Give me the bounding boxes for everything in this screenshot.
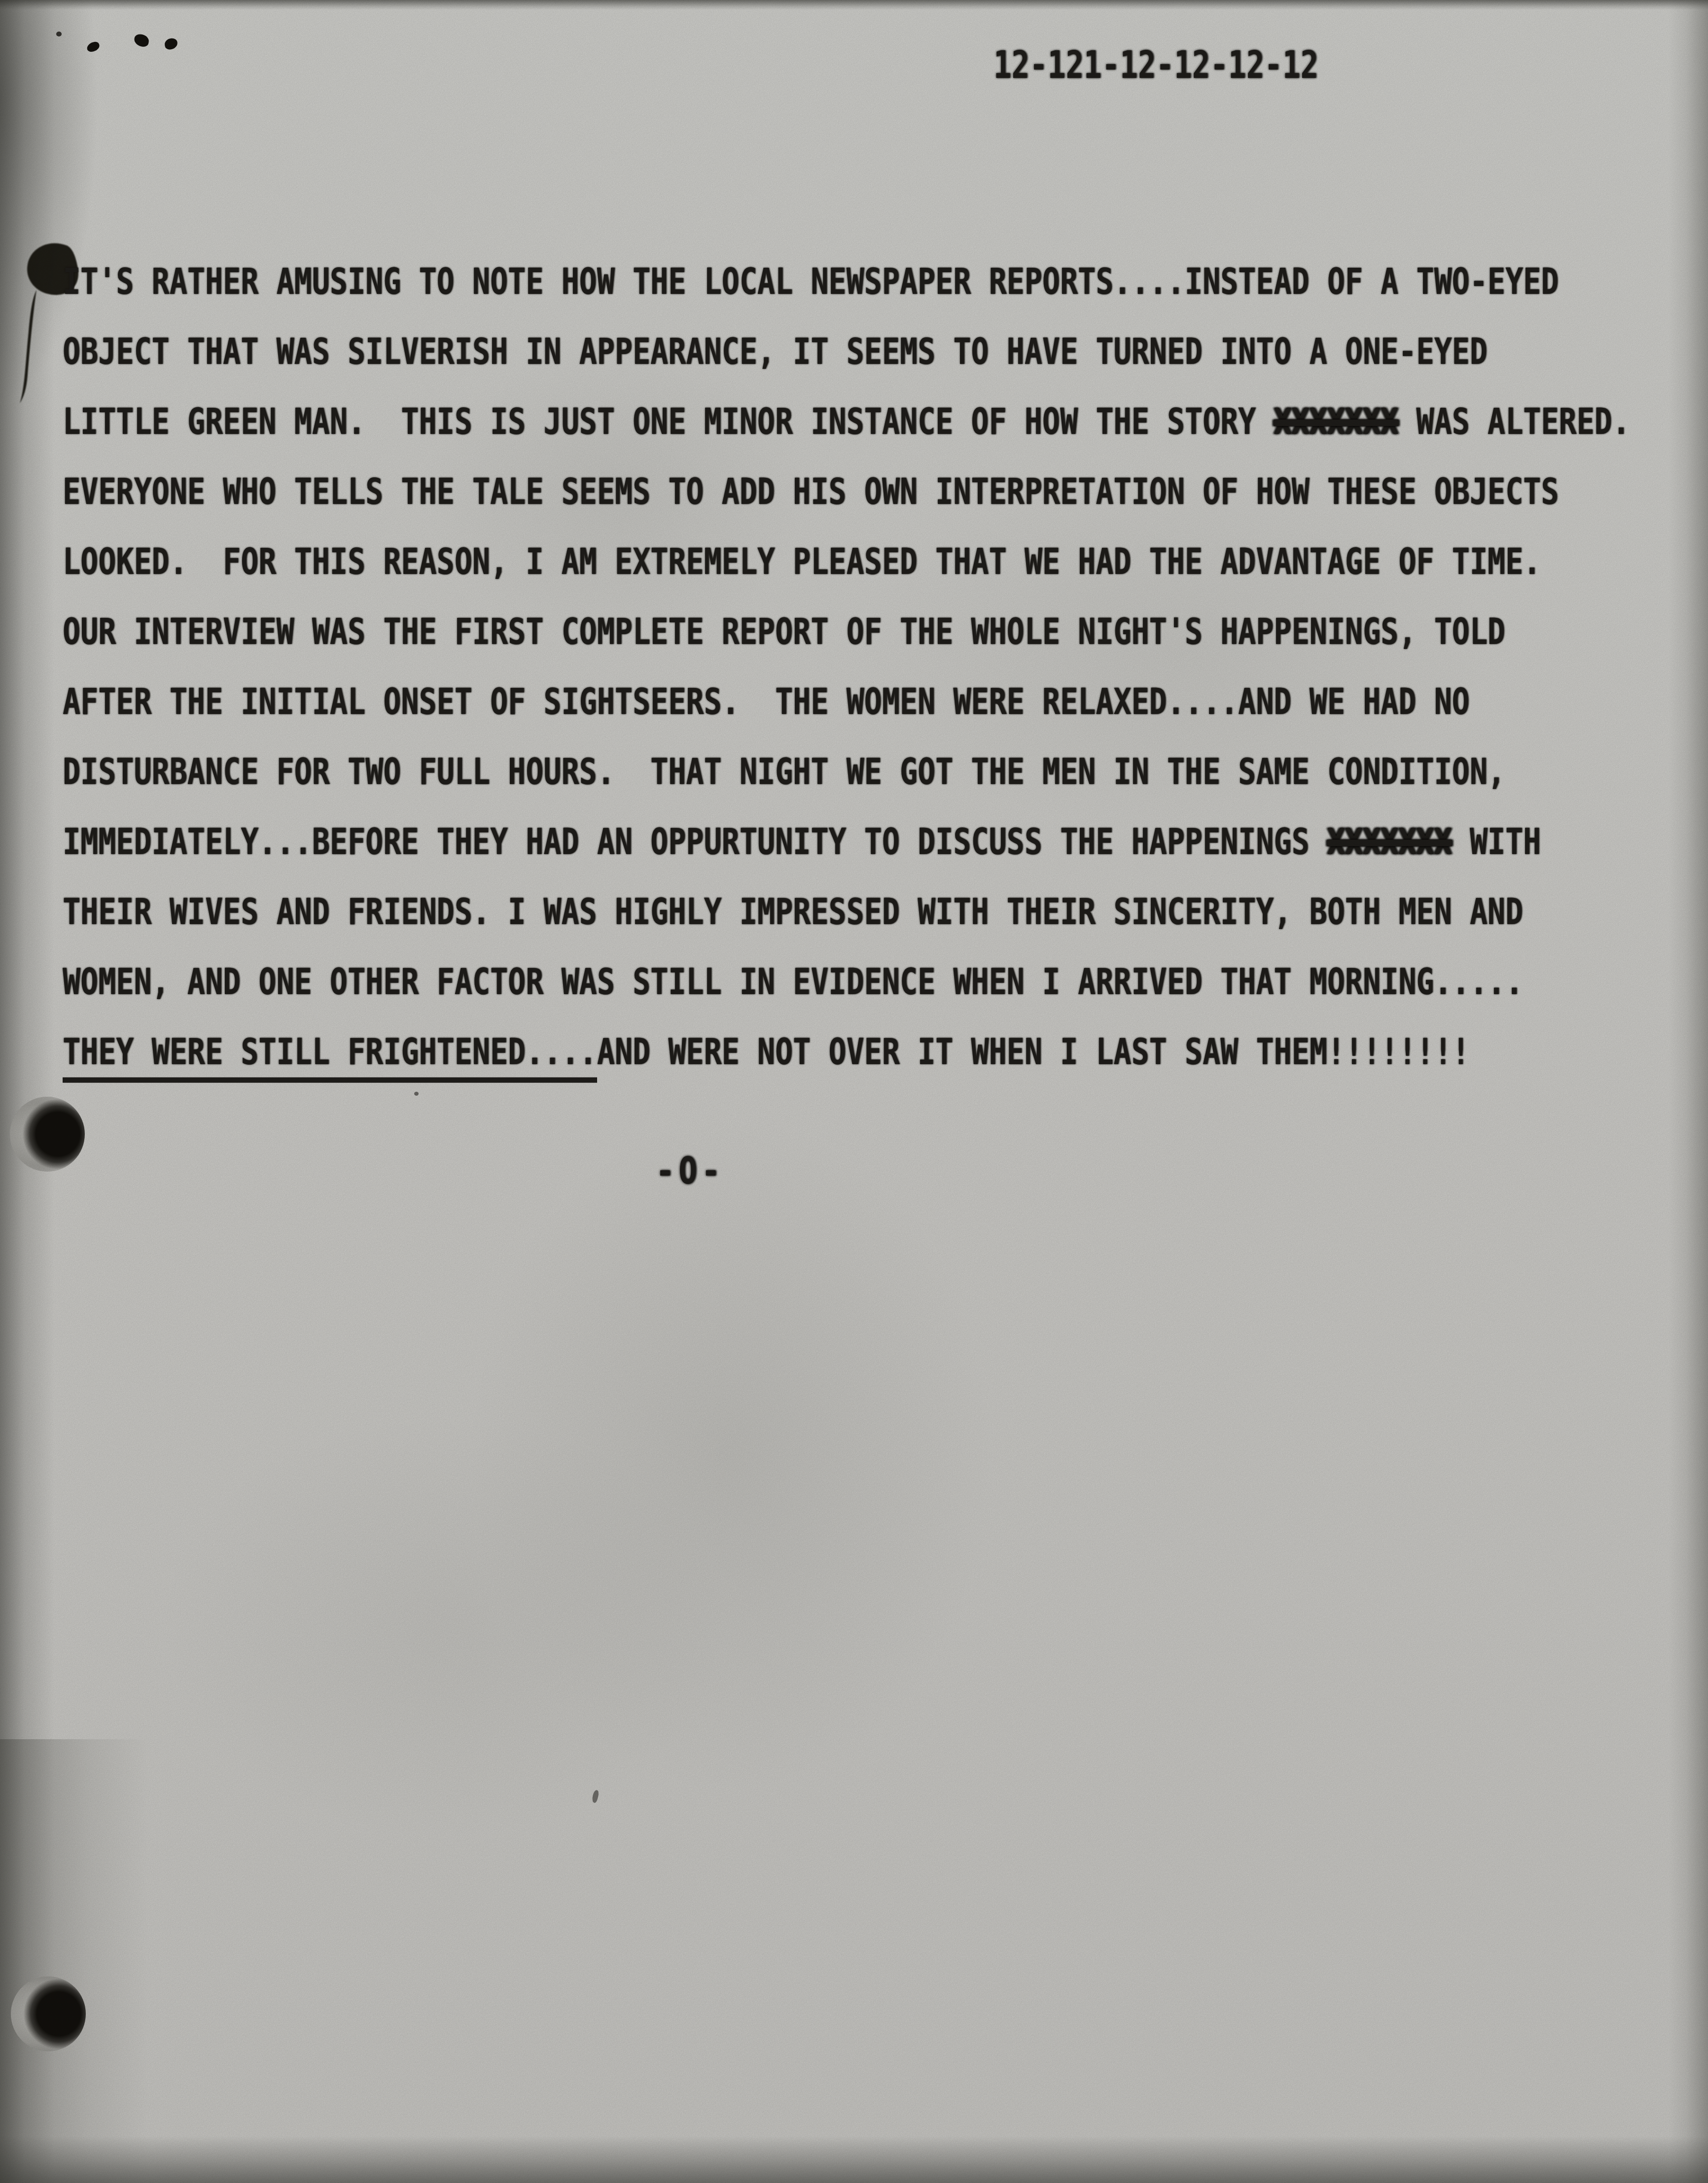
scan-edge-bottom (0, 2136, 1708, 2183)
scan-edge-top (0, 0, 1708, 10)
typed-text-segment: WITH (1452, 821, 1541, 863)
typed-text-segment: THEIR WIVES AND FRIENDS. I WAS HIGHLY IM… (63, 891, 1523, 933)
typed-text-segment: OBJECT THAT WAS SILVERISH IN APPEARANCE,… (63, 331, 1488, 373)
typed-text-segment: IT'S RATHER AMUSING TO NOTE HOW THE LOCA… (63, 261, 1559, 303)
struck-out-text: XXXXXXX (1327, 821, 1452, 863)
typed-text-segment: LOOKED. FOR THIS REASON, I AM EXTREMELY … (63, 541, 1541, 583)
punch-hole-top (10, 1097, 85, 1172)
punch-hole-bottom (11, 1976, 86, 2051)
typed-line: THEY WERE STILL FRIGHTENED....AND WERE N… (63, 1009, 1670, 1095)
typed-text-segment: EVERYONE WHO TELLS THE TALE SEEMS TO ADD… (63, 471, 1559, 513)
typed-text-segment: WAS ALTERED. (1398, 401, 1630, 443)
typed-text-segment: DISTURBANCE FOR TWO FULL HOURS. THAT NIG… (63, 751, 1505, 793)
page-header-number: 12-121-12-12-12-12 (994, 43, 1318, 88)
struck-out-text: XXXXXXX (1274, 401, 1398, 443)
ink-speck (591, 1789, 600, 1803)
ink-speck (56, 32, 62, 36)
underlined-text: THEY WERE STILL FRIGHTENED.... (63, 1031, 597, 1083)
ink-speck (164, 37, 178, 50)
ink-speck (133, 33, 150, 48)
typed-text-segment: AND WERE NOT OVER IT WHEN I LAST SAW THE… (597, 1031, 1470, 1073)
typed-text-segment: OUR INTERVIEW WAS THE FIRST COMPLETE REP… (63, 611, 1505, 653)
typed-text-block: IT'S RATHER AMUSING TO NOTE HOW THE LOCA… (63, 239, 1670, 1079)
scan-edge-right (1669, 0, 1708, 2183)
typed-text-segment: WOMEN, AND ONE OTHER FACTOR WAS STILL IN… (63, 961, 1523, 1003)
end-mark: -O- (656, 1149, 724, 1192)
typed-text-segment: IMMEDIATELY...BEFORE THEY HAD AN OPPURTU… (63, 821, 1327, 863)
typed-text-segment: LITTLE GREEN MAN. THIS IS JUST ONE MINOR… (63, 401, 1274, 443)
scan-shadow-bottom-left (0, 1739, 148, 2183)
scanned-document-page: 12-121-12-12-12-12 IT'S RATHER AMUSING T… (0, 0, 1708, 2183)
typed-text-segment: AFTER THE INITIAL ONSET OF SIGHTSEERS. T… (63, 681, 1470, 723)
